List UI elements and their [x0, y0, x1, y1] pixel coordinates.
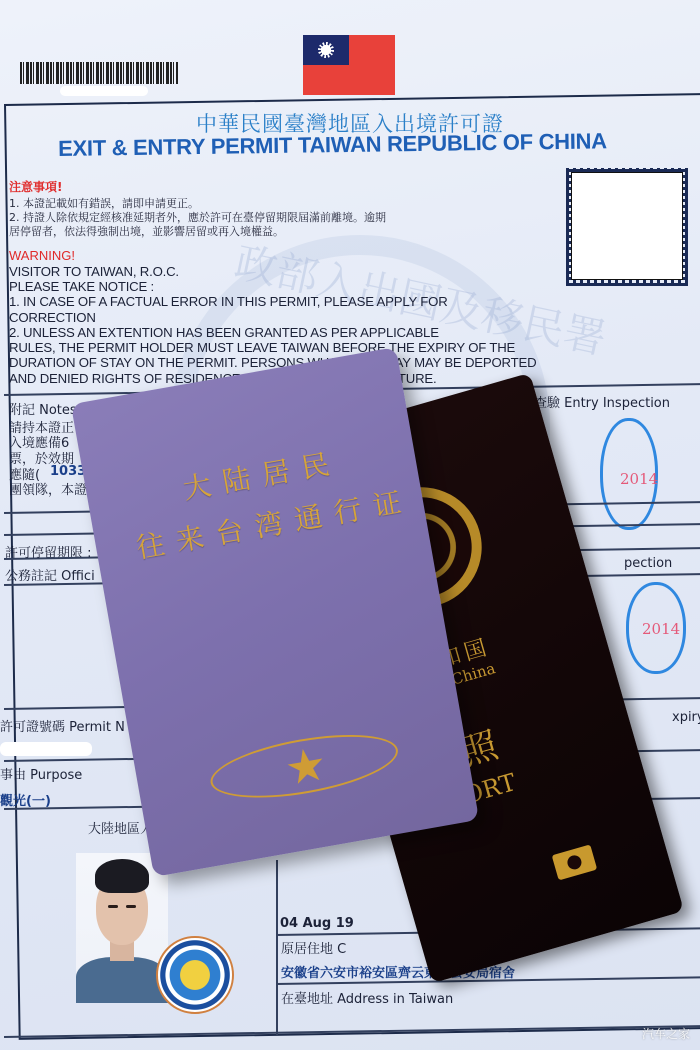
permit-number-label: 許可證號碼 Permit N	[0, 716, 125, 735]
exit-inspection-label: pection	[624, 556, 672, 571]
warning-line: 2. UNLESS AN EXTENTION HAS BEEN GRANTED …	[9, 325, 439, 340]
official-notes-label: 公務註記 Offici	[5, 565, 95, 584]
expiry-label: xpiry	[672, 710, 700, 725]
flag-canton	[303, 35, 349, 65]
photo-hair	[95, 859, 149, 893]
address-in-taiwan-label: 在臺地址 Address in Taiwan	[281, 988, 453, 1007]
star-ornament-icon: ★	[206, 723, 402, 809]
star-icon: ★	[282, 740, 331, 792]
taiwan-flag-icon	[303, 35, 395, 95]
warning-heading: WARNING!	[9, 248, 75, 263]
site-watermark: 汽车之家	[642, 1025, 690, 1042]
purpose-label: 事由 Purpose	[0, 764, 82, 783]
holder-photo	[76, 853, 168, 1003]
warning-line: PLEASE TAKE NOTICE :	[9, 279, 154, 294]
notes-label: 附記 Notes	[9, 399, 77, 418]
date-of-birth-value: 04 Aug 19	[280, 916, 354, 931]
photo-shirt	[76, 957, 168, 1003]
divider	[276, 860, 278, 1035]
purpose-value: 觀光(一)	[0, 790, 51, 809]
sun-icon	[318, 42, 334, 58]
mainland-resident-label: 大陸地區人	[88, 818, 153, 837]
notice-item: 居停留者，依法得強制出境，並影響居留或再入境權益。	[9, 223, 284, 239]
warning-line: RULES, THE PERMIT HOLDER MUST LEAVE TAIW…	[9, 340, 515, 355]
redacted-permit-number	[0, 742, 92, 756]
qr-code	[566, 168, 688, 286]
residence-label: 原居住地 C	[281, 938, 346, 957]
immigration-agency-seal-icon	[156, 936, 234, 1014]
redacted-barcode-number	[60, 86, 148, 96]
notice-heading-cn: 注意事項!	[9, 178, 62, 195]
warning-line: 1. IN CASE OF A FACTUAL ERROR IN THIS PE…	[9, 294, 448, 309]
redacted-photo-box	[571, 172, 683, 280]
warning-line: VISITOR TO TAIWAN, R.O.C.	[9, 264, 179, 279]
barcode	[20, 62, 178, 84]
photo-eye	[108, 905, 118, 908]
notes-line: 團領隊，本證	[9, 479, 87, 498]
entry-stamp-year: 2014	[620, 470, 658, 488]
biometric-chip-icon	[552, 844, 598, 880]
warning-line: CORRECTION	[9, 310, 96, 325]
photo-eye	[126, 905, 136, 908]
exit-stamp-year: 2014	[642, 620, 680, 638]
